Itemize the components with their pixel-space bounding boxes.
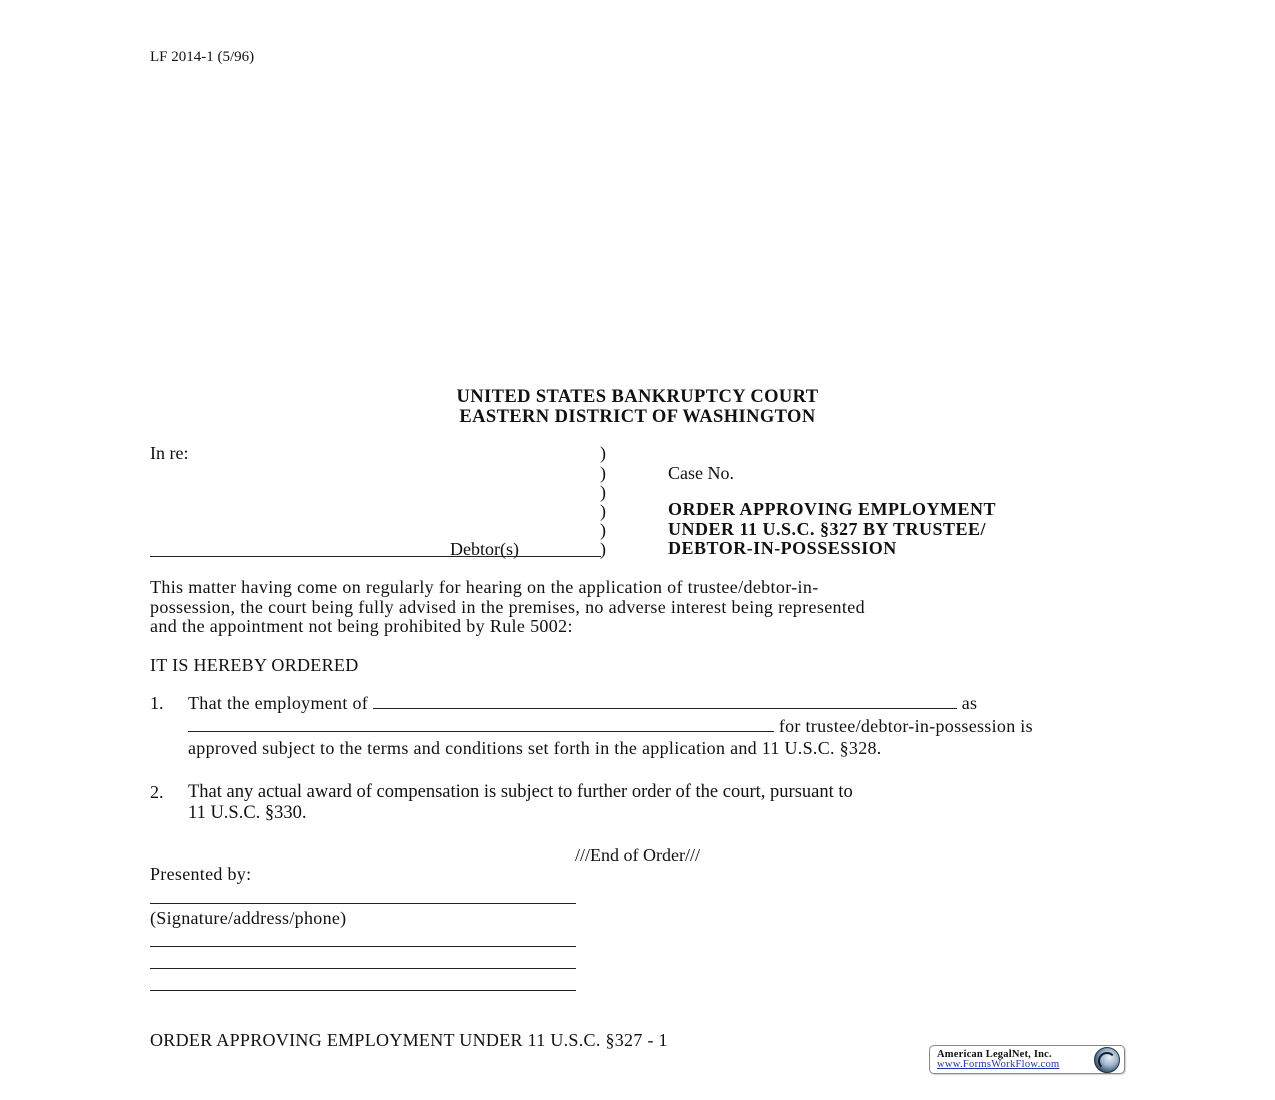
form-id: LF 2014-1 (5/96) [150,49,254,66]
order-title-line: ORDER APPROVING EMPLOYMENT [668,500,996,520]
order-title-line: UNDER 11 U.S.C. §327 BY TRUSTEE/ [668,520,996,540]
court-header: UNITED STATES BANKRUPTCY COURT EASTERN D… [0,387,1275,427]
recital-line: This matter having come on regularly for… [150,578,865,598]
globe-logo-icon [1094,1047,1120,1073]
signature-label: (Signature/address/phone) [150,908,346,929]
recital-line: and the appointment not being prohibited… [150,617,865,637]
end-of-order: ///End of Order/// [0,845,1275,866]
order-title: ORDER APPROVING EMPLOYMENT UNDER 11 U.S.… [668,500,996,559]
caption-paren: ) [600,520,606,541]
court-district: EASTERN DISTRICT OF WASHINGTON [0,407,1275,427]
badge-url-link[interactable]: www.FormsWorkFlow.com [937,1059,1060,1070]
footer-title: ORDER APPROVING EMPLOYMENT UNDER 11 U.S.… [150,1030,668,1051]
ordered-heading: IT IS HEREBY ORDERED [150,655,359,676]
item-1-suffix: for trustee/debtor-in-possession is [779,716,1033,736]
debtor-name-field[interactable] [150,556,601,557]
address-line-field[interactable] [150,968,576,969]
employee-role-field[interactable] [188,717,774,732]
signature-field[interactable] [150,903,576,904]
item-1-as: as [962,693,978,713]
item-1-line-3: approved subject to the terms and condit… [188,738,882,759]
recital-line: possession, the court being fully advise… [150,598,865,618]
court-name: UNITED STATES BANKRUPTCY COURT [0,387,1275,407]
case-number-label: Case No. [668,463,734,484]
employee-name-field[interactable] [373,694,957,709]
caption-paren: ) [600,482,606,503]
caption-paren: ) [600,463,606,484]
recital-paragraph: This matter having come on regularly for… [150,578,865,637]
item-1-prefix: That the employment of [188,693,368,713]
item-1-line-2: for trustee/debtor-in-possession is [188,716,1033,737]
address-line-field[interactable] [150,946,576,947]
american-legalnet-badge[interactable]: American LegalNet, Inc. www.FormsWorkFlo… [929,1045,1125,1074]
item-1-line-1: That the employment of as [188,693,977,714]
address-line-field[interactable] [150,990,576,991]
item-number: 1. [150,693,164,714]
item-number: 2. [150,782,164,803]
caption-paren: ) [600,443,606,464]
order-title-line: DEBTOR-IN-POSSESSION [668,539,996,559]
caption-paren: ) [600,501,606,522]
item-2-line-1: That any actual award of compensation is… [188,782,853,803]
item-2-line-2: 11 U.S.C. §330. [188,803,307,824]
in-re-label: In re: [150,443,188,464]
presented-by-label: Presented by: [150,864,251,885]
